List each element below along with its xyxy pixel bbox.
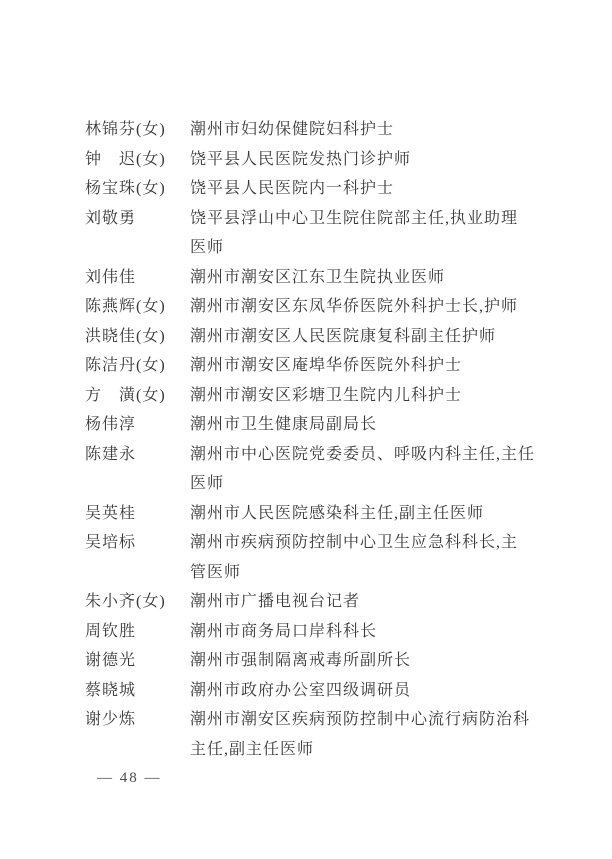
person-position: 潮州市疾病预防控制中心卫生应急科科长,主管医师 — [190, 528, 542, 587]
roster-entry: 吴英桂 潮州市人民医院感染科主任,副主任医师 — [85, 499, 542, 529]
person-name: 杨伟淳 — [85, 410, 190, 440]
roster-entry: 杨宝珠(女) 饶平县人民医院内一科护士 — [85, 174, 542, 204]
person-name: 刘敬勇 — [85, 204, 190, 234]
page-footer: — 48 — — [97, 767, 162, 789]
person-name: 陈洁丹(女) — [85, 351, 190, 381]
roster-entry: 杨伟淳 潮州市卫生健康局副局长 — [85, 410, 542, 440]
roster-entry: 朱小齐(女) 潮州市广播电视台记者 — [85, 587, 542, 617]
person-name: 林锦芬(女) — [85, 115, 190, 145]
person-name: 陈燕辉(女) — [85, 292, 190, 322]
roster-entry: 吴培标 潮州市疾病预防控制中心卫生应急科科长,主管医师 — [85, 528, 542, 587]
position-line: 饶平县浮山中心卫生院住院部主任,执业助理 — [190, 204, 542, 234]
roster-entry: 陈洁丹(女) 潮州市潮安区庵埠华侨医院外科护士 — [85, 351, 542, 381]
person-position: 饶平县人民医院内一科护士 — [190, 174, 542, 204]
roster-entry: 谢德光 潮州市强制隔离戒毒所副所长 — [85, 646, 542, 676]
roster-entry: 蔡晓城 潮州市政府办公室四级调研员 — [85, 676, 542, 706]
person-position: 饶平县浮山中心卫生院住院部主任,执业助理医师 — [190, 204, 542, 263]
position-line: 主任,副主任医师 — [190, 735, 542, 765]
person-position: 潮州市潮安区人民医院康复科副主任护师 — [190, 322, 542, 352]
person-position: 潮州市卫生健康局副局长 — [190, 410, 542, 440]
page-number: — 48 — — [97, 770, 162, 786]
person-name: 钟 迟(女) — [85, 145, 190, 175]
position-line: 医师 — [190, 233, 542, 263]
position-line: 潮州市疾病预防控制中心卫生应急科科长,主 — [190, 528, 542, 558]
roster-list: 林锦芬(女) 潮州市妇幼保健院妇科护士 钟 迟(女) 饶平县人民医院发热门诊护师… — [85, 115, 542, 764]
person-position: 潮州市妇幼保健院妇科护士 — [190, 115, 542, 145]
position-line: 潮州市潮安区东凤华侨医院外科护士长,护师 — [190, 292, 542, 322]
person-name: 吴英桂 — [85, 499, 190, 529]
roster-entry: 刘伟佳 潮州市潮安区江东卫生院执业医师 — [85, 263, 542, 293]
roster-entry: 方 潢(女) 潮州市潮安区彩塘卫生院内儿科护士 — [85, 381, 542, 411]
position-line: 潮州市潮安区彩塘卫生院内儿科护士 — [190, 381, 542, 411]
person-name: 洪晓佳(女) — [85, 322, 190, 352]
person-position: 潮州市强制隔离戒毒所副所长 — [190, 646, 542, 676]
position-line: 管医师 — [190, 558, 542, 588]
person-name: 杨宝珠(女) — [85, 174, 190, 204]
position-line: 饶平县人民医院内一科护士 — [190, 174, 542, 204]
position-line: 医师 — [190, 469, 542, 499]
person-name: 谢少炼 — [85, 705, 190, 735]
position-line: 饶平县人民医院发热门诊护师 — [190, 145, 542, 175]
person-name: 吴培标 — [85, 528, 190, 558]
person-name: 朱小齐(女) — [85, 587, 190, 617]
roster-entry: 洪晓佳(女) 潮州市潮安区人民医院康复科副主任护师 — [85, 322, 542, 352]
person-position: 潮州市广播电视台记者 — [190, 587, 542, 617]
person-position: 潮州市潮安区江东卫生院执业医师 — [190, 263, 542, 293]
position-line: 潮州市潮安区人民医院康复科副主任护师 — [190, 322, 542, 352]
person-position: 潮州市中心医院党委委员、呼吸内科主任,主任医师 — [190, 440, 542, 499]
person-position: 潮州市潮安区东凤华侨医院外科护士长,护师 — [190, 292, 542, 322]
person-name: 蔡晓城 — [85, 676, 190, 706]
person-position: 潮州市商务局口岸科科长 — [190, 617, 542, 647]
person-position: 潮州市政府办公室四级调研员 — [190, 676, 542, 706]
person-position: 潮州市人民医院感染科主任,副主任医师 — [190, 499, 542, 529]
person-position: 潮州市潮安区彩塘卫生院内儿科护士 — [190, 381, 542, 411]
person-name: 陈建永 — [85, 440, 190, 470]
person-position: 潮州市潮安区庵埠华侨医院外科护士 — [190, 351, 542, 381]
roster-entry: 周钦胜 潮州市商务局口岸科科长 — [85, 617, 542, 647]
position-line: 潮州市卫生健康局副局长 — [190, 410, 542, 440]
person-name: 方 潢(女) — [85, 381, 190, 411]
roster-entry: 陈燕辉(女) 潮州市潮安区东凤华侨医院外科护士长,护师 — [85, 292, 542, 322]
roster-entry: 钟 迟(女) 饶平县人民医院发热门诊护师 — [85, 145, 542, 175]
person-name: 周钦胜 — [85, 617, 190, 647]
person-position: 潮州市潮安区疾病预防控制中心流行病防治科主任,副主任医师 — [190, 705, 542, 764]
position-line: 潮州市中心医院党委委员、呼吸内科主任,主任 — [190, 440, 542, 470]
roster-entry: 谢少炼 潮州市潮安区疾病预防控制中心流行病防治科主任,副主任医师 — [85, 705, 542, 764]
roster-entry: 林锦芬(女) 潮州市妇幼保健院妇科护士 — [85, 115, 542, 145]
position-line: 潮州市潮安区江东卫生院执业医师 — [190, 263, 542, 293]
person-name: 谢德光 — [85, 646, 190, 676]
position-line: 潮州市广播电视台记者 — [190, 587, 542, 617]
roster-entry: 陈建永 潮州市中心医院党委委员、呼吸内科主任,主任医师 — [85, 440, 542, 499]
position-line: 潮州市商务局口岸科科长 — [190, 617, 542, 647]
position-line: 潮州市潮安区疾病预防控制中心流行病防治科 — [190, 705, 542, 735]
person-name: 刘伟佳 — [85, 263, 190, 293]
position-line: 潮州市强制隔离戒毒所副所长 — [190, 646, 542, 676]
position-line: 潮州市政府办公室四级调研员 — [190, 676, 542, 706]
roster-entry: 刘敬勇 饶平县浮山中心卫生院住院部主任,执业助理医师 — [85, 204, 542, 263]
document-page: 林锦芬(女) 潮州市妇幼保健院妇科护士 钟 迟(女) 饶平县人民医院发热门诊护师… — [0, 0, 612, 859]
position-line: 潮州市潮安区庵埠华侨医院外科护士 — [190, 351, 542, 381]
person-position: 饶平县人民医院发热门诊护师 — [190, 145, 542, 175]
position-line: 潮州市妇幼保健院妇科护士 — [190, 115, 542, 145]
position-line: 潮州市人民医院感染科主任,副主任医师 — [190, 499, 542, 529]
